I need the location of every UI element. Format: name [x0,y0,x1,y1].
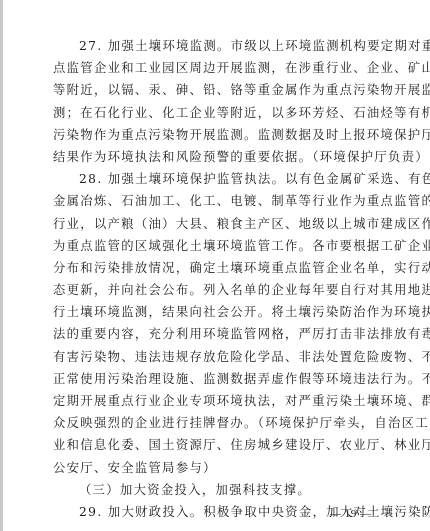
paragraph-line: 众反映强烈的企业进行挂牌督办。（环境保护厅牵头，自治区工 [53,412,381,434]
paragraph-line: 法的重要内容，充分利用环境监管网格，严厉打击非法排放有毒 [53,323,381,345]
left-page-edge [0,0,3,531]
paragraph-line: 有害污染物、违法违规存放危险化学品、非法处置危险废物、不 [53,346,381,368]
paragraph-line: 测；在石化行业、化工企业等附近，以多环芳烃、石油烃等有机 [53,102,381,124]
paragraph-line: 正常使用污染治理设施、监测数据弄虚作假等环境违法行为。不 [53,368,381,390]
paragraph-line: 分布和污染排放情况，确定土壤环境重点监管企业名单，实行动 [53,257,381,279]
paragraph-line: 污染物作为重点污染物开展监测。监测数据及时上报环境保护厅， [53,124,381,146]
paragraph-line: 等附近，以镉、汞、砷、铅、铬等重金属作为重点污染物开展监 [53,79,381,101]
paragraph-line: 态更新，并向社会公布。列入名单的企业每年要自行对其用地进 [53,279,381,301]
paragraph-line: 行业，以产粮（油）大县、粮食主产区、地级以上城市建成区作 [53,213,381,235]
paragraph-line: 定期开展重点行业企业专项环境执法，对严重污染土壤环境、群 [53,390,381,412]
paragraph-line: 业和信息化委、国土资源厅、住房城乡建设厅、农业厅、林业厅、 [53,434,381,456]
item-27-heading-line: 27. 加强土壤环境监测。市级以上环境监测机构要定期对重 [53,35,381,57]
page-number: — 19 — [330,508,372,520]
document-page: 27. 加强土壤环境监测。市级以上环境监测机构要定期对重 点监管企业和工业园区周… [53,35,381,523]
paragraph-line: 为重点监管的区域强化土壤环境监管工作。各市要根据工矿企业 [53,235,381,257]
paragraph-line: 点监管企业和工业园区周边开展监测，在涉重行业、企业、矿山 [53,57,381,79]
section-heading: （三）加大资金投入，加强科技支撑。 [53,479,381,501]
paragraph-line: 行土壤环境监测，结果向社会公开。将土壤污染防治作为环境执 [53,301,381,323]
paragraph-line: 金属冶炼、石油加工、化工、电镀、制革等行业作为重点监管的 [53,190,381,212]
paragraph-line: 结果作为环境执法和风险预警的重要依据。（环境保护厅负责） [53,146,381,168]
paragraph-line: 公安厅、安全监管局参与） [53,457,381,479]
item-28-heading-line: 28. 加强土壤环境保护监管执法。以有色金属矿采选、有色 [53,168,381,190]
